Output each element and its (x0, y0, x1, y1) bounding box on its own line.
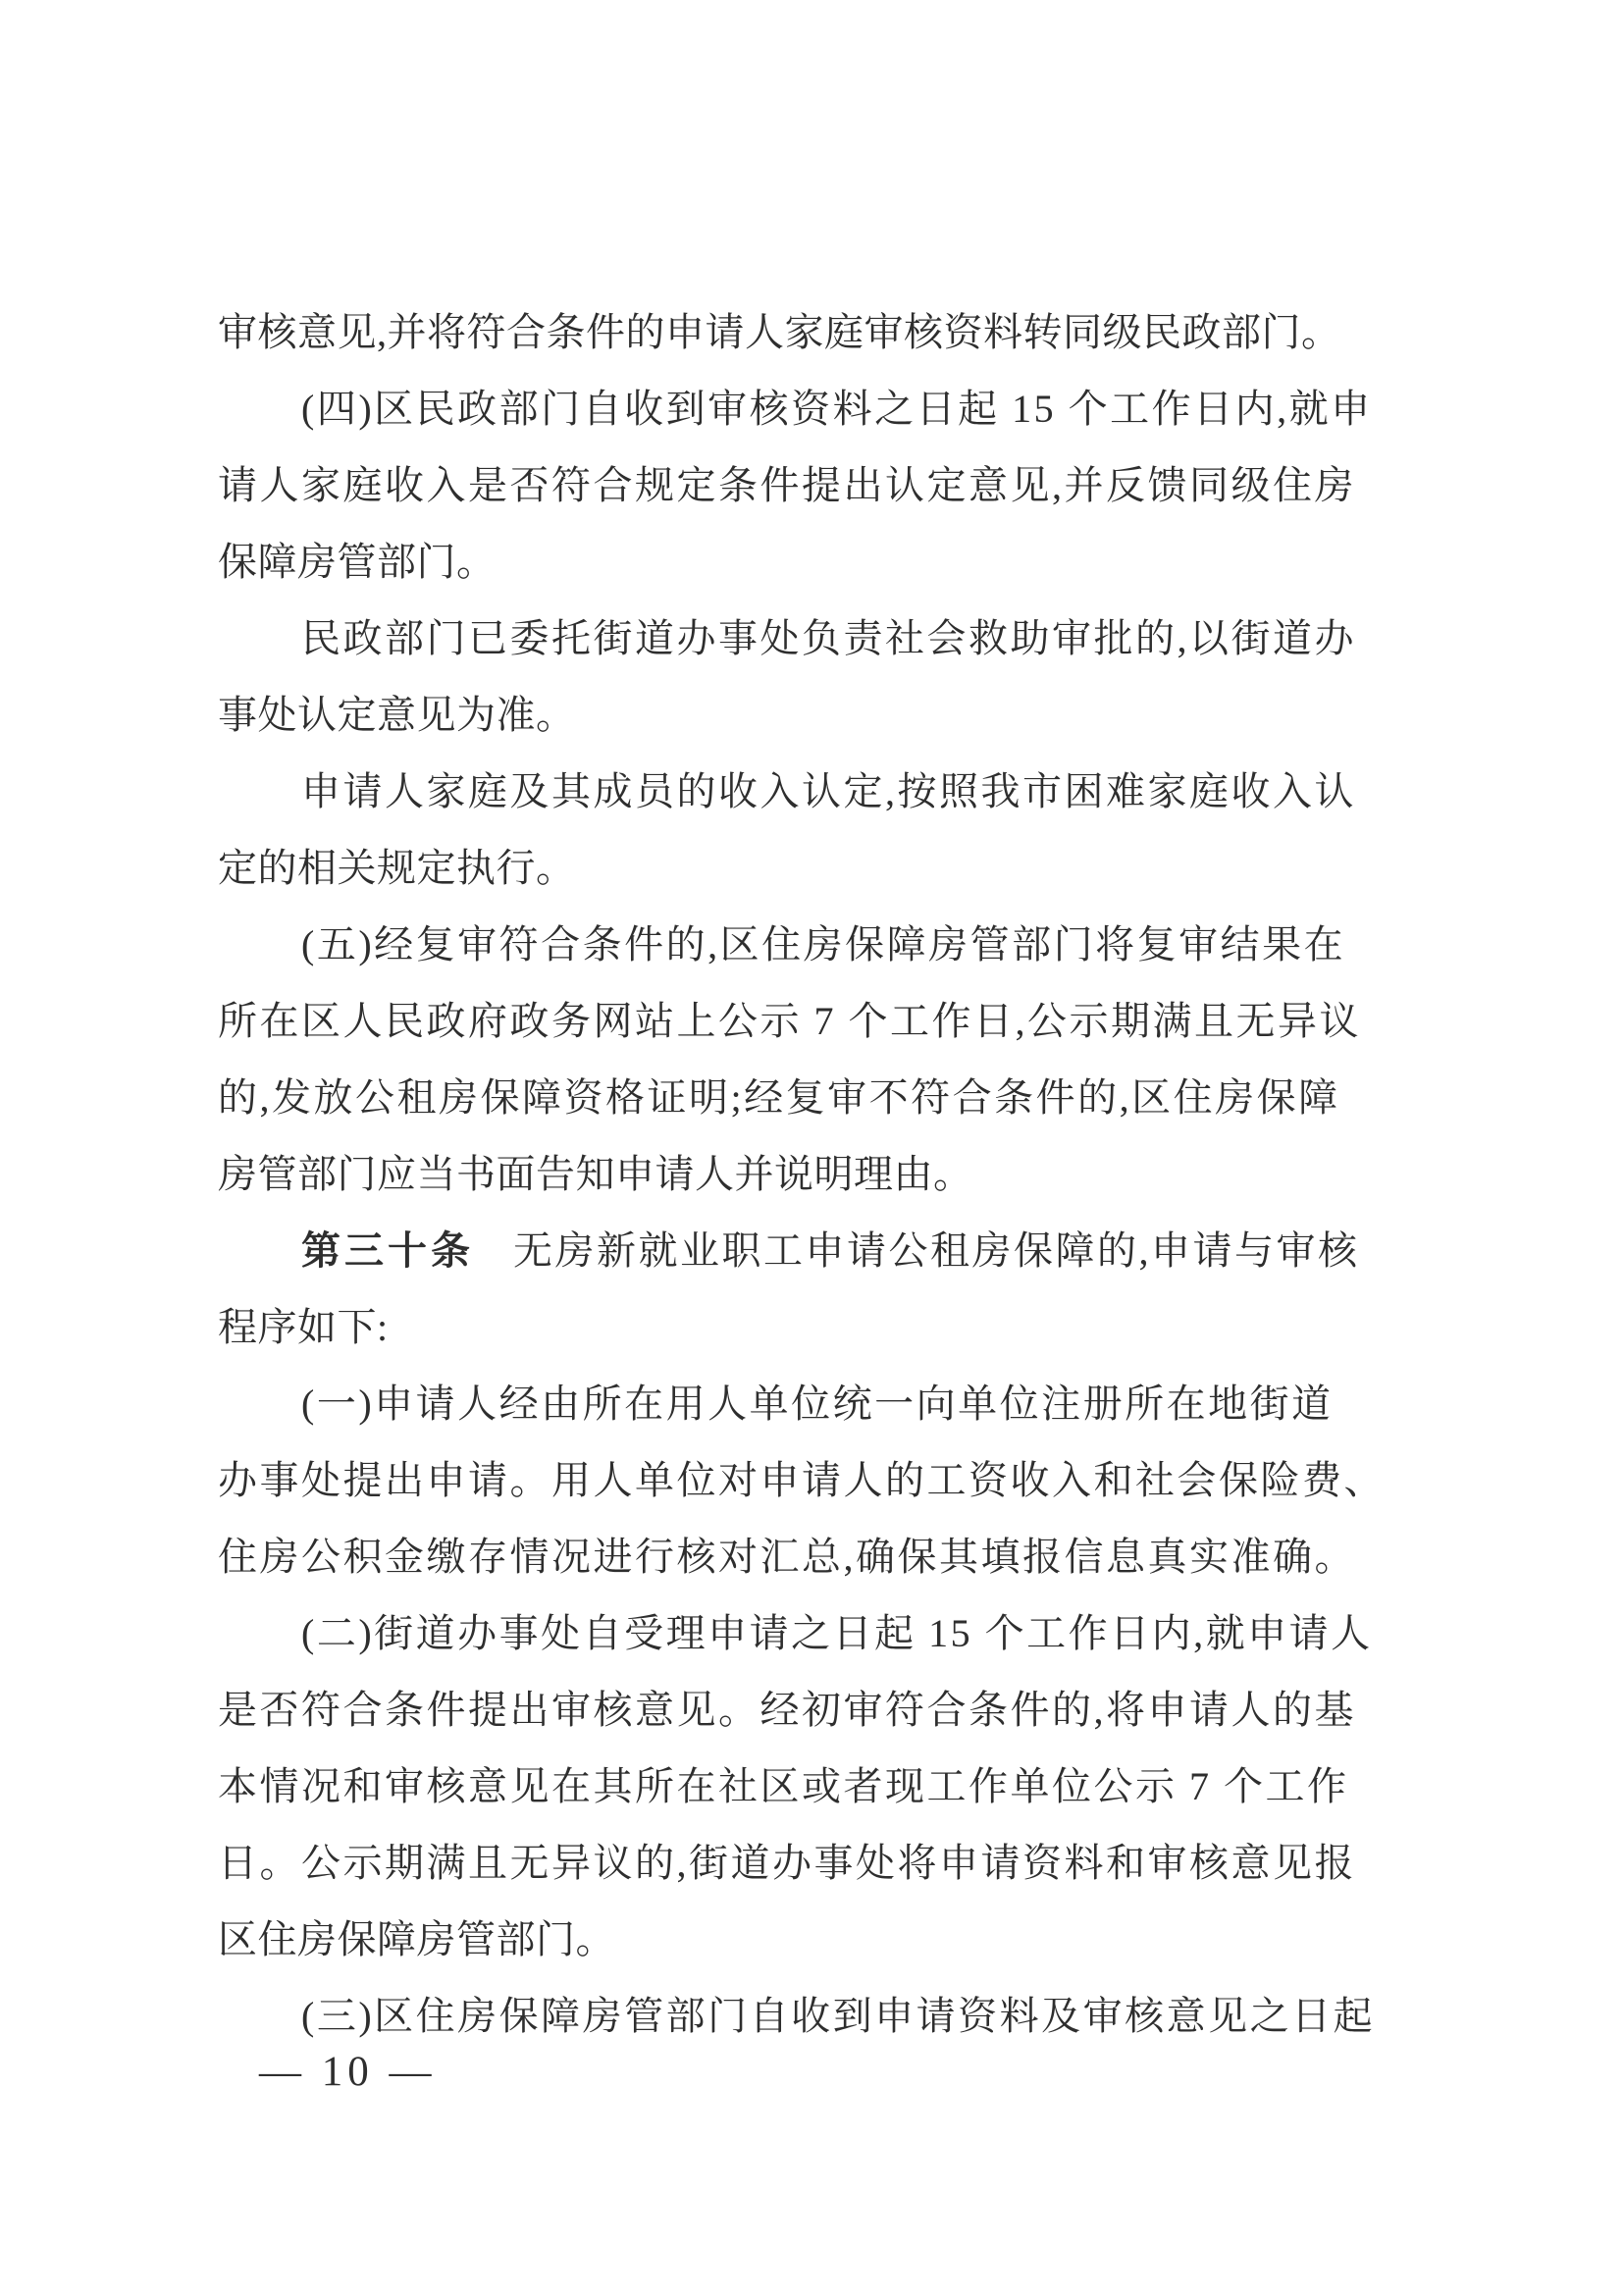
text-line: 定的相关规定执行。 (218, 830, 1387, 907)
text-line: 民政部门已委托街道办事处负责社会救助审批的,以街道办 (218, 600, 1387, 677)
text-line: 办事处提出申请。用人单位对申请人的工资收入和社会保险费、 (218, 1442, 1387, 1519)
text-line: 是否符合条件提出审核意见。经初审符合条件的,将申请人的基 (218, 1672, 1387, 1748)
text-line: 第三十条无房新就业职工申请公租房保障的,申请与审核 (218, 1213, 1387, 1289)
text-line: (二)街道办事处自受理申请之日起 15 个工作日内,就申请人 (218, 1595, 1387, 1672)
text-line: 日。公示期满且无异议的,街道办事处将申请资料和审核意见报 (218, 1825, 1387, 1902)
text-line: (五)经复审符合条件的,区住房保障房管部门将复审结果在 (218, 907, 1387, 983)
text-line: 申请人家庭及其成员的收入认定,按照我市困难家庭收入认 (218, 754, 1387, 830)
text-line: 住房公积金缴存情况进行核对汇总,确保其填报信息真实准确。 (218, 1519, 1387, 1595)
article-number-heading: 第三十条 (301, 1229, 474, 1273)
document-page: 审核意见,并将符合条件的申请人家庭审核资料转同级民政部门。 (四)区民政部门自收… (0, 0, 1623, 2296)
text-line: 审核意见,并将符合条件的申请人家庭审核资料转同级民政部门。 (218, 294, 1387, 371)
page-number: — 10 — (259, 2043, 437, 2102)
text-line: 程序如下: (218, 1289, 1387, 1366)
text-line: 房管部门应当书面告知申请人并说明理由。 (218, 1136, 1387, 1213)
text-line: 请人家庭收入是否符合规定条件提出认定意见,并反馈同级住房 (218, 447, 1387, 524)
text-line: 所在区人民政府政务网站上公示 7 个工作日,公示期满且无异议 (218, 983, 1387, 1060)
text-line: (一)申请人经由所在用人单位统一向单位注册所在地街道 (218, 1366, 1387, 1442)
text-line: 本情况和审核意见在其所在社区或者现工作单位公示 7 个工作 (218, 1748, 1387, 1825)
document-text-block: 审核意见,并将符合条件的申请人家庭审核资料转同级民政部门。 (四)区民政部门自收… (218, 294, 1387, 2055)
text-line: 事处认定意见为准。 (218, 677, 1387, 754)
text-line: 区住房保障房管部门。 (218, 1902, 1387, 1978)
text-line: 的,发放公租房保障资格证明;经复审不符合条件的,区住房保障 (218, 1060, 1387, 1136)
text-line: (四)区民政部门自收到审核资料之日起 15 个工作日内,就申 (218, 371, 1387, 447)
article-heading-text: 无房新就业职工申请公租房保障的,申请与审核 (513, 1228, 1360, 1273)
text-line: 保障房管部门。 (218, 524, 1387, 600)
